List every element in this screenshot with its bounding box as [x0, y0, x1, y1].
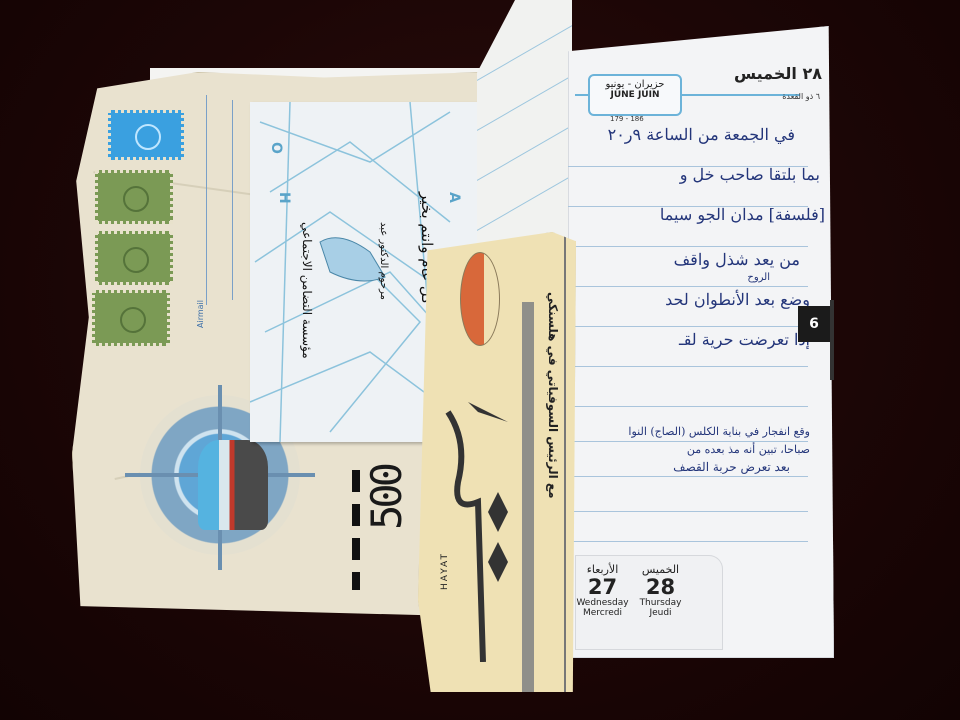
- ruled-line: [568, 406, 808, 407]
- day-number: 27: [575, 576, 630, 598]
- handwritten-line: وضع بعد الأنطوان لحد: [665, 290, 810, 309]
- month-index-tab[interactable]: 6: [798, 306, 830, 342]
- handwritten-line: بما بلتقا صاحب خل و: [680, 165, 820, 184]
- ruled-line: [568, 246, 808, 247]
- handwritten-line: في الجمعة من الساعة ٩ر٢٠: [608, 125, 795, 144]
- postage-value: 500: [362, 466, 411, 530]
- masthead-latin: HAYAT: [440, 552, 450, 590]
- date-tab[interactable]: الأربعاء 27 Wednesday Mercredi الخميس 28…: [575, 555, 723, 650]
- green-postage-stamp: [92, 290, 170, 346]
- ruled-line: [568, 326, 808, 327]
- handwritten-line: الروح: [747, 272, 770, 283]
- blue-postage-stamp: [108, 110, 184, 160]
- day-heading: ٢٨ الخميس: [734, 64, 822, 83]
- address-line: [232, 100, 233, 300]
- column-divider: [522, 302, 534, 692]
- globe-logo-icon: [460, 252, 500, 346]
- column-rule: [564, 232, 566, 692]
- masthead-calligraphy: [438, 402, 518, 662]
- ruled-line: [568, 441, 808, 442]
- day-number: 28: [633, 576, 688, 598]
- hijri-date: ٦ ذو القعدة: [782, 92, 820, 101]
- date-wednesday: الأربعاء 27 Wednesday Mercredi: [575, 563, 630, 618]
- card-letter: A: [446, 192, 462, 203]
- newspaper-clipping: مع الرئيس السوفياتي في هلسنكي HAYAT: [418, 232, 576, 692]
- stamp-emblem-icon: [123, 247, 149, 273]
- green-postage-stamp: [95, 231, 173, 285]
- ruled-line: [568, 541, 808, 542]
- day-range: 179 - 186: [610, 115, 644, 123]
- address-line: [206, 95, 207, 305]
- handwritten-note: بعد تعرض حربة القصف: [673, 460, 790, 474]
- handwritten-note: صباحا، تبين أنه مذ بعده من: [687, 443, 810, 456]
- handwritten-line: من يعد شذل واقف: [674, 250, 800, 269]
- stamp-emblem-icon: [123, 186, 149, 212]
- card-left-text: مؤسسة التضامن الاجتماعي: [300, 222, 314, 359]
- green-postage-stamp: [95, 170, 173, 224]
- date-thursday: الخميس 28 Thursday Jeudi: [633, 563, 688, 618]
- month-english-french: JUNE JUIN: [590, 90, 680, 100]
- day-english: Thursday: [633, 598, 688, 608]
- handwritten-note: وقع انفجار في بناية الكلس (الصاج) النوا: [628, 425, 810, 438]
- ruled-line: [477, 70, 581, 131]
- month-arabic: حزيران - يونيو: [590, 79, 680, 90]
- page-tab-edge: [830, 300, 834, 380]
- news-headline: مع الرئيس السوفياتي في هلسنكي: [546, 292, 560, 499]
- day-french: Mercredi: [575, 608, 630, 618]
- stamp-emblem-icon: [135, 124, 161, 150]
- day-french: Jeudi: [633, 608, 688, 618]
- ruled-line: [568, 286, 808, 287]
- day-english: Wednesday: [575, 598, 630, 608]
- ruled-line: [477, 120, 581, 181]
- card-letter: O: [268, 142, 284, 154]
- ruled-line: [568, 366, 808, 367]
- card-letter: H: [276, 192, 292, 204]
- ruled-line: [568, 476, 808, 477]
- airmail-label: Airmail: [196, 300, 205, 328]
- postcode-bars: [352, 470, 360, 590]
- ruled-line: [568, 511, 808, 512]
- stamp-emblem-icon: [120, 307, 146, 333]
- card-middle-text: مرحوم الدكتور عبد: [378, 222, 389, 300]
- ship-illustration: [198, 440, 268, 530]
- month-box: حزيران - يونيو JUNE JUIN: [588, 74, 682, 116]
- handwritten-line: إذا تعرضت حرية لقـ: [679, 330, 810, 349]
- ruled-line: [477, 170, 581, 231]
- handwritten-line: [فلسفة] مدان الجو سيما: [660, 205, 825, 224]
